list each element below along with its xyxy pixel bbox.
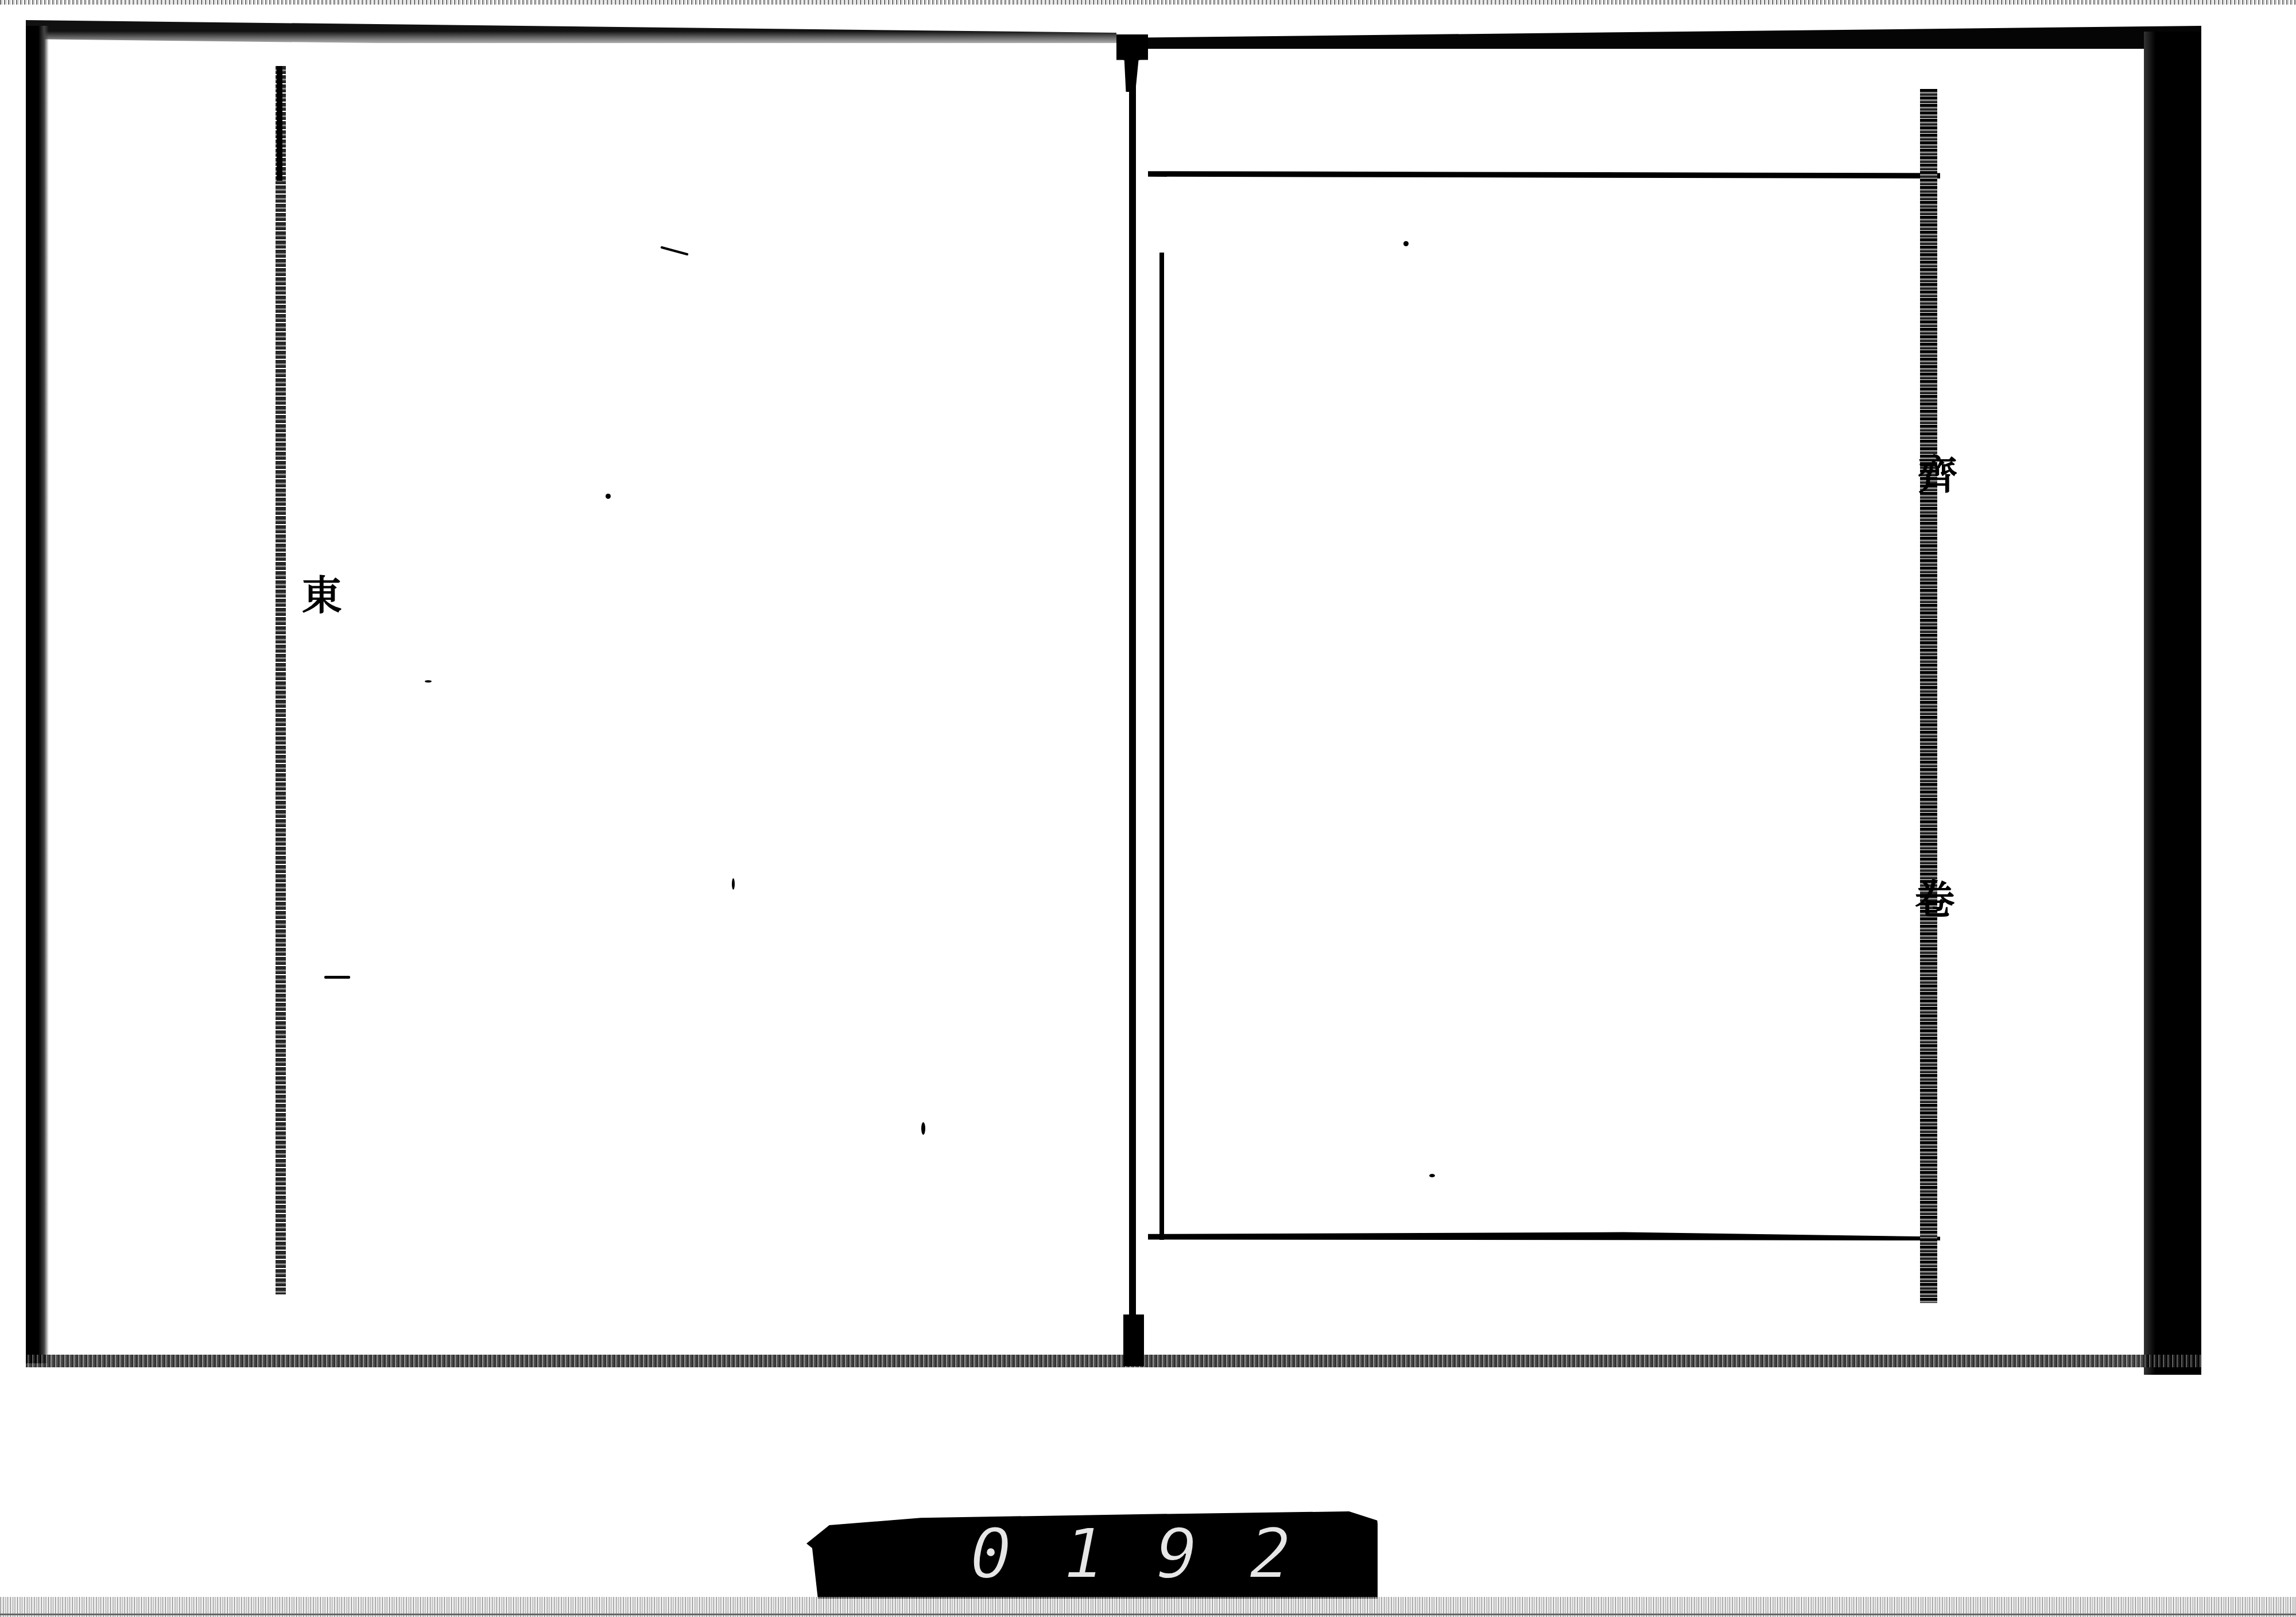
scan-bottom-edge	[0, 1597, 2296, 1617]
right-margin-character-2: 卷	[1911, 878, 1952, 918]
left-page-margin-rule	[276, 66, 286, 1294]
speck	[921, 1122, 925, 1135]
left-page-margin-rule-top	[277, 66, 282, 181]
left-margin-character: 東	[298, 574, 339, 614]
cover-edge-left	[26, 26, 49, 1363]
right-page-frame-left	[1159, 253, 1164, 1240]
right-page-frame-right	[1920, 89, 1937, 1303]
left-page	[49, 43, 1116, 1355]
speck	[606, 494, 611, 499]
spine-fold-line	[1129, 86, 1136, 1320]
cover-edge-bottom	[26, 1355, 2201, 1367]
spine-top	[1116, 34, 1148, 92]
book-spine	[1116, 34, 1148, 1366]
speck	[1403, 241, 1409, 246]
film-frame-number: 0192	[970, 1514, 1343, 1594]
scan-top-edge	[0, 0, 2296, 5]
spine-bottom	[1123, 1314, 1144, 1366]
speck	[1429, 1174, 1435, 1177]
speck	[324, 976, 350, 979]
right-margin-character-1: 齊	[1914, 453, 1954, 494]
speck	[425, 680, 432, 683]
right-page	[1148, 49, 2144, 1355]
cover-edge-right	[2144, 32, 2201, 1375]
speck	[732, 878, 735, 890]
book-spread	[26, 20, 2201, 1375]
